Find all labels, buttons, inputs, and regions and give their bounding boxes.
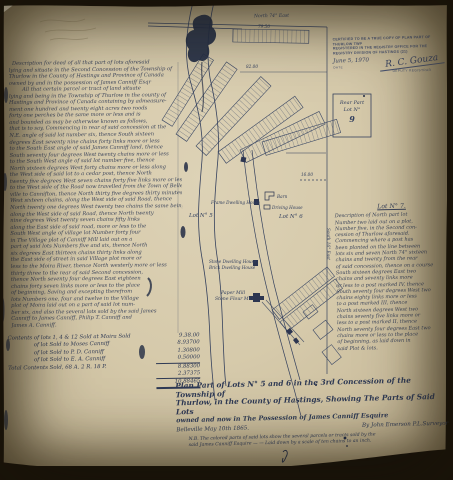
south-bearing-label: South 16° East: [326, 228, 331, 260]
faded-notations: [40, 19, 96, 40]
road-lines: [243, 150, 304, 416]
barn-label: Barn: [277, 194, 287, 199]
side-measure-label: 16.00: [301, 172, 313, 177]
certification-stamp: CERTIFIED TO BE A TRUE COPY OF PLAN PART…: [333, 34, 450, 74]
stamp-date: June 5, 1970: [333, 58, 369, 65]
frame-dwelling-label: Frame Dwelling House: [211, 200, 260, 205]
rear-part-lot9-label: Rear Part Lot N° 9: [333, 94, 371, 137]
stamp-date-block: June 5, 1970 DATE: [333, 58, 369, 70]
lower-lot-grid: [272, 267, 343, 365]
lot6-label: Lot N° 6: [279, 214, 303, 220]
brick-dwelling-label: Brick Dwelling House: [209, 265, 255, 270]
lot7-text: Description of North part lotNumber two …: [335, 211, 452, 352]
deed-description-text: Description for deed of all that part of…: [9, 59, 184, 329]
lot7-description: Lot N° 7. Description of North part lotN…: [334, 203, 451, 352]
north-bearing-label: North 74° East: [254, 14, 289, 20]
flour-mill-label: Stone Flour Mill: [215, 297, 253, 302]
calculations: Contents of lots 1, 4 & 12 Sold at Moira…: [8, 332, 201, 391]
stamp-signature-block: R. C. Gouza DEPUTY REGISTRAR: [379, 56, 445, 74]
stamp-date-caption: DATE: [333, 65, 369, 70]
lot7-heading: Lot N° 7.: [334, 203, 448, 212]
photographed-survey-document: CERTIFIED TO BE A TRUE COPY OF PLAN PART…: [0, 0, 453, 480]
stone-dwelling-label: Stone Dwelling House: [209, 259, 256, 264]
plan-byline: By John Emerson P.L.Surveyor: [362, 421, 448, 429]
plan-place-date: Belleville May 10th 1865.: [176, 426, 249, 434]
village-lot-grid: [162, 29, 341, 163]
plan-title-block: Plan Part of Lots N° 5 and 6 in the 3rd …: [175, 376, 449, 449]
paper-mill-label: Paper Mill: [221, 291, 245, 296]
lot5-label: Lot N° 5: [189, 213, 213, 219]
east-measure-label: 82.00: [246, 64, 258, 69]
driving-house-label: Driving House: [272, 205, 303, 210]
north-measure-label: 79.50: [258, 24, 270, 29]
